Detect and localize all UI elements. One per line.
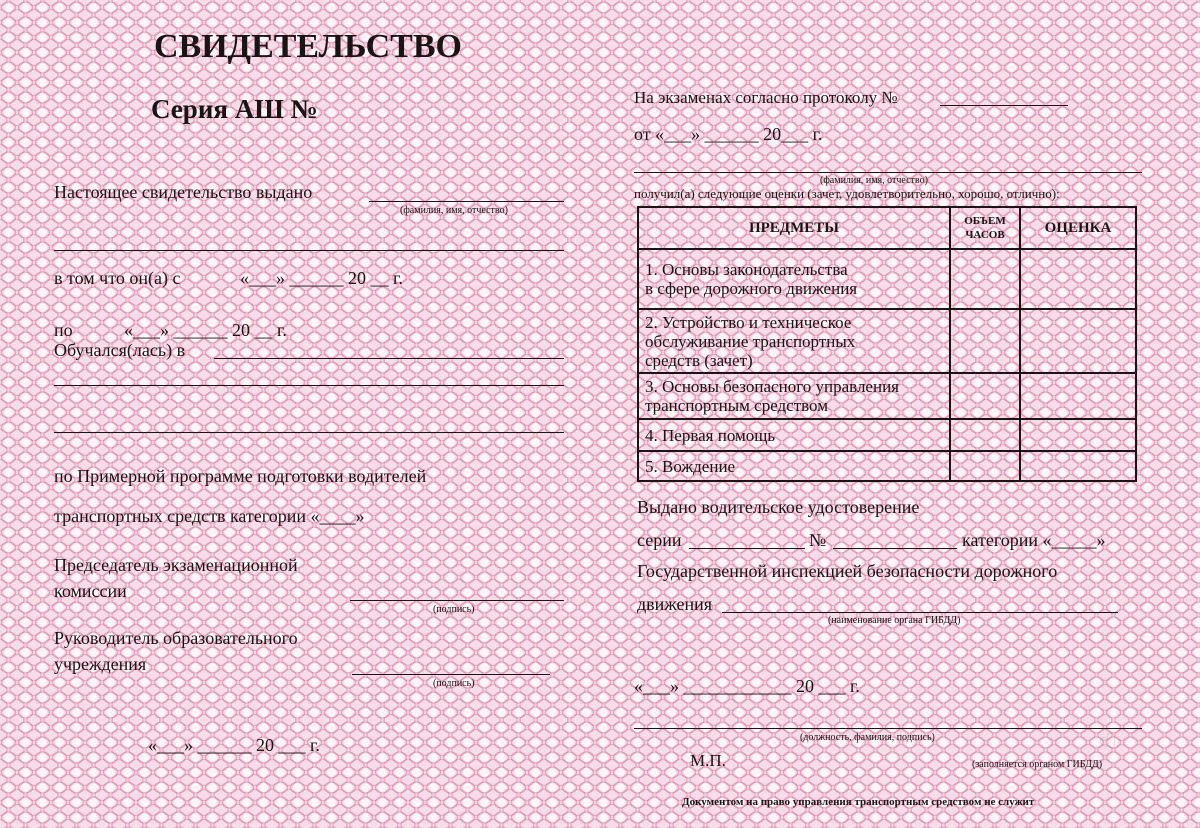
protocol-label: На экзаменах согласно протоколу № bbox=[634, 88, 898, 108]
student-name-caption: (фамилия, имя, отчество) bbox=[820, 175, 928, 186]
stamp-label: М.П. bbox=[690, 751, 726, 771]
grade-cell[interactable] bbox=[1020, 373, 1136, 419]
grade-cell[interactable] bbox=[1020, 309, 1136, 373]
disclaimer: Документом на право управления транспорт… bbox=[682, 796, 1034, 808]
table-row: 2. Устройство и техническое обслуживание… bbox=[638, 309, 1136, 373]
studied-field[interactable] bbox=[214, 358, 564, 359]
issued-to-label: Настоящее свидетельство выдано bbox=[54, 182, 312, 203]
program-line2[interactable]: транспортных средств категории «____» bbox=[54, 506, 365, 527]
chairman-signature-caption: (подпись) bbox=[433, 604, 475, 615]
license-category-field[interactable]: категории «_____» bbox=[962, 530, 1106, 551]
head-signature-field[interactable] bbox=[352, 674, 550, 675]
table-row: 4. Первая помощь bbox=[638, 419, 1136, 451]
license-issued-label: Выдано водительское удостоверение bbox=[637, 497, 919, 518]
license-number-label: № bbox=[809, 530, 826, 551]
certificate-title: СВИДЕТЕЛЬСТВО bbox=[154, 28, 462, 66]
to-label: по bbox=[54, 320, 73, 341]
hours-cell[interactable] bbox=[950, 309, 1020, 373]
table-row: 3. Основы безопасного управления транспо… bbox=[638, 373, 1136, 419]
certificate-series: Серия АШ № bbox=[151, 94, 318, 125]
official-signature-caption: (должность, фамилия, подпись) bbox=[800, 732, 935, 743]
table-row: 5. Вождение bbox=[638, 451, 1136, 481]
issued-to-field[interactable] bbox=[369, 201, 564, 202]
hours-cell[interactable] bbox=[950, 249, 1020, 309]
protocol-number-field[interactable] bbox=[940, 105, 1068, 106]
grade-cell[interactable] bbox=[1020, 249, 1136, 309]
gibdd-name-field[interactable] bbox=[722, 612, 1118, 613]
chairman-label-line2: комиссии bbox=[54, 581, 127, 602]
grades-table: ПРЕДМЕТЫ ОБЪЕМ ЧАСОВ ОЦЕНКА 1. Основы за… bbox=[637, 206, 1137, 482]
license-number-field[interactable] bbox=[833, 548, 957, 549]
grades-header-row: ПРЕДМЕТЫ ОБЪЕМ ЧАСОВ ОЦЕНКА bbox=[638, 207, 1136, 249]
to-date-field[interactable]: «___» ______ 20 __ г. bbox=[124, 320, 287, 341]
filled-by-caption: (заполняется органом ГИБДД) bbox=[972, 759, 1102, 770]
subject-cell: 2. Устройство и техническое обслуживание… bbox=[638, 309, 950, 373]
issue-date-field[interactable]: «___» ______ 20 ___ г. bbox=[148, 735, 320, 756]
grades-intro: получил(а) следующие оценки (зачет, удов… bbox=[634, 186, 1060, 202]
table-row: 1. Основы законодательства в сфере дорож… bbox=[638, 249, 1136, 309]
protocol-date-field[interactable]: от «___» ______ 20___ г. bbox=[634, 124, 822, 145]
grade-cell[interactable] bbox=[1020, 419, 1136, 451]
license-series-label: серии bbox=[637, 530, 681, 551]
head-label-line1: Руководитель образовательного bbox=[54, 628, 298, 649]
head-signature-caption: (подпись) bbox=[433, 678, 475, 689]
subject-cell: 3. Основы безопасного управления транспо… bbox=[638, 373, 950, 419]
chairman-signature-field[interactable] bbox=[350, 600, 564, 601]
issued-to-field-line2[interactable] bbox=[54, 250, 564, 251]
studied-field-line2[interactable] bbox=[54, 385, 564, 386]
hours-cell[interactable] bbox=[950, 373, 1020, 419]
hours-cell[interactable] bbox=[950, 451, 1020, 481]
official-signature-field[interactable] bbox=[634, 728, 1142, 729]
header-subjects: ПРЕДМЕТЫ bbox=[638, 207, 950, 249]
header-grade: ОЦЕНКА bbox=[1020, 207, 1136, 249]
chairman-label-line1: Председатель экзаменационной bbox=[54, 555, 298, 576]
grade-cell[interactable] bbox=[1020, 451, 1136, 481]
studied-field-line3[interactable] bbox=[54, 432, 564, 433]
watermark-logo: ♡ bbox=[1096, 706, 1180, 790]
student-name-field[interactable] bbox=[634, 172, 1142, 173]
subject-cell: 1. Основы законодательства в сфере дорож… bbox=[638, 249, 950, 309]
gibdd-name-caption: (наименование органа ГИБДД) bbox=[828, 615, 960, 626]
issued-to-caption: (фамилия, имя, отчество) bbox=[400, 205, 508, 216]
subject-cell: 5. Вождение bbox=[638, 451, 950, 481]
studied-label: Обучался(лась) в bbox=[54, 340, 185, 361]
header-hours: ОБЪЕМ ЧАСОВ bbox=[950, 207, 1020, 249]
license-date-field[interactable]: «___» ____________ 20 ___ г. bbox=[634, 676, 860, 697]
license-series-field[interactable] bbox=[689, 548, 805, 549]
head-label-line2: учреждения bbox=[54, 654, 146, 675]
program-line1: по Примерной программе подготовки водите… bbox=[54, 466, 426, 487]
hours-cell[interactable] bbox=[950, 419, 1020, 451]
inspection-line2: движения bbox=[637, 594, 712, 615]
from-date-field[interactable]: «___» ______ 20 __ г. bbox=[240, 268, 403, 289]
from-label: в том что он(а) с bbox=[54, 268, 180, 289]
subject-cell: 4. Первая помощь bbox=[638, 419, 950, 451]
inspection-line1: Государственной инспекцией безопасности … bbox=[637, 561, 1057, 582]
